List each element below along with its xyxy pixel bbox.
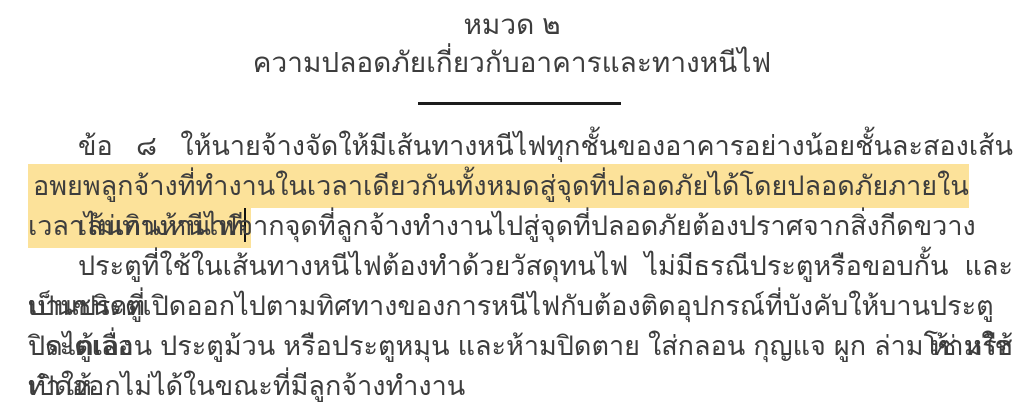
line3-text: เส้นทางหนีไฟจากจุดที่ลูกจ้างทำงานไปสู่จุ… xyxy=(78,211,976,241)
line7-text: เปิดออกไม่ได้ในขณะที่มีลูกจ้างทำงาน xyxy=(28,371,465,401)
heading-divider xyxy=(418,102,621,105)
chapter-heading: หมวด ๒ xyxy=(0,6,1024,44)
section-title: ความปลอดภัยเกี่ยวกับอาคารและทางหนีไฟ xyxy=(0,44,1024,82)
body-line-3: เส้นทางหนีไฟจากจุดที่ลูกจ้างทำงานไปสู่จุ… xyxy=(28,206,1013,246)
document-page[interactable]: หมวด ๒ ความปลอดภัยเกี่ยวกับอาคารและทางหน… xyxy=(0,0,1024,411)
body-line-2: อพยพลูกจ้างที่ทำงานในเวลาเดียวกันทั้งหมด… xyxy=(28,166,1013,206)
body-line-5: บานประตูเปิดออกไปตามทิศทางของการหนีไฟกับ… xyxy=(28,286,1013,326)
document-body: ข้อ ๘ ให้นายจ้างจัดให้มีเส้นทางหนีไฟทุกช… xyxy=(28,126,1013,406)
body-line-6: ประตูเลื่อน ประตูม้วน หรือประตูหมุน และห… xyxy=(28,326,1013,366)
body-line-1: ข้อ ๘ ให้นายจ้างจัดให้มีเส้นทางหนีไฟทุกช… xyxy=(28,126,1013,166)
body-line-7: เปิดออกไม่ได้ในขณะที่มีลูกจ้างทำงาน xyxy=(28,366,1013,406)
body-line-4: ประตูที่ใช้ในเส้นทางหนีไฟต้องทำด้วยวัสดุ… xyxy=(28,246,1013,286)
